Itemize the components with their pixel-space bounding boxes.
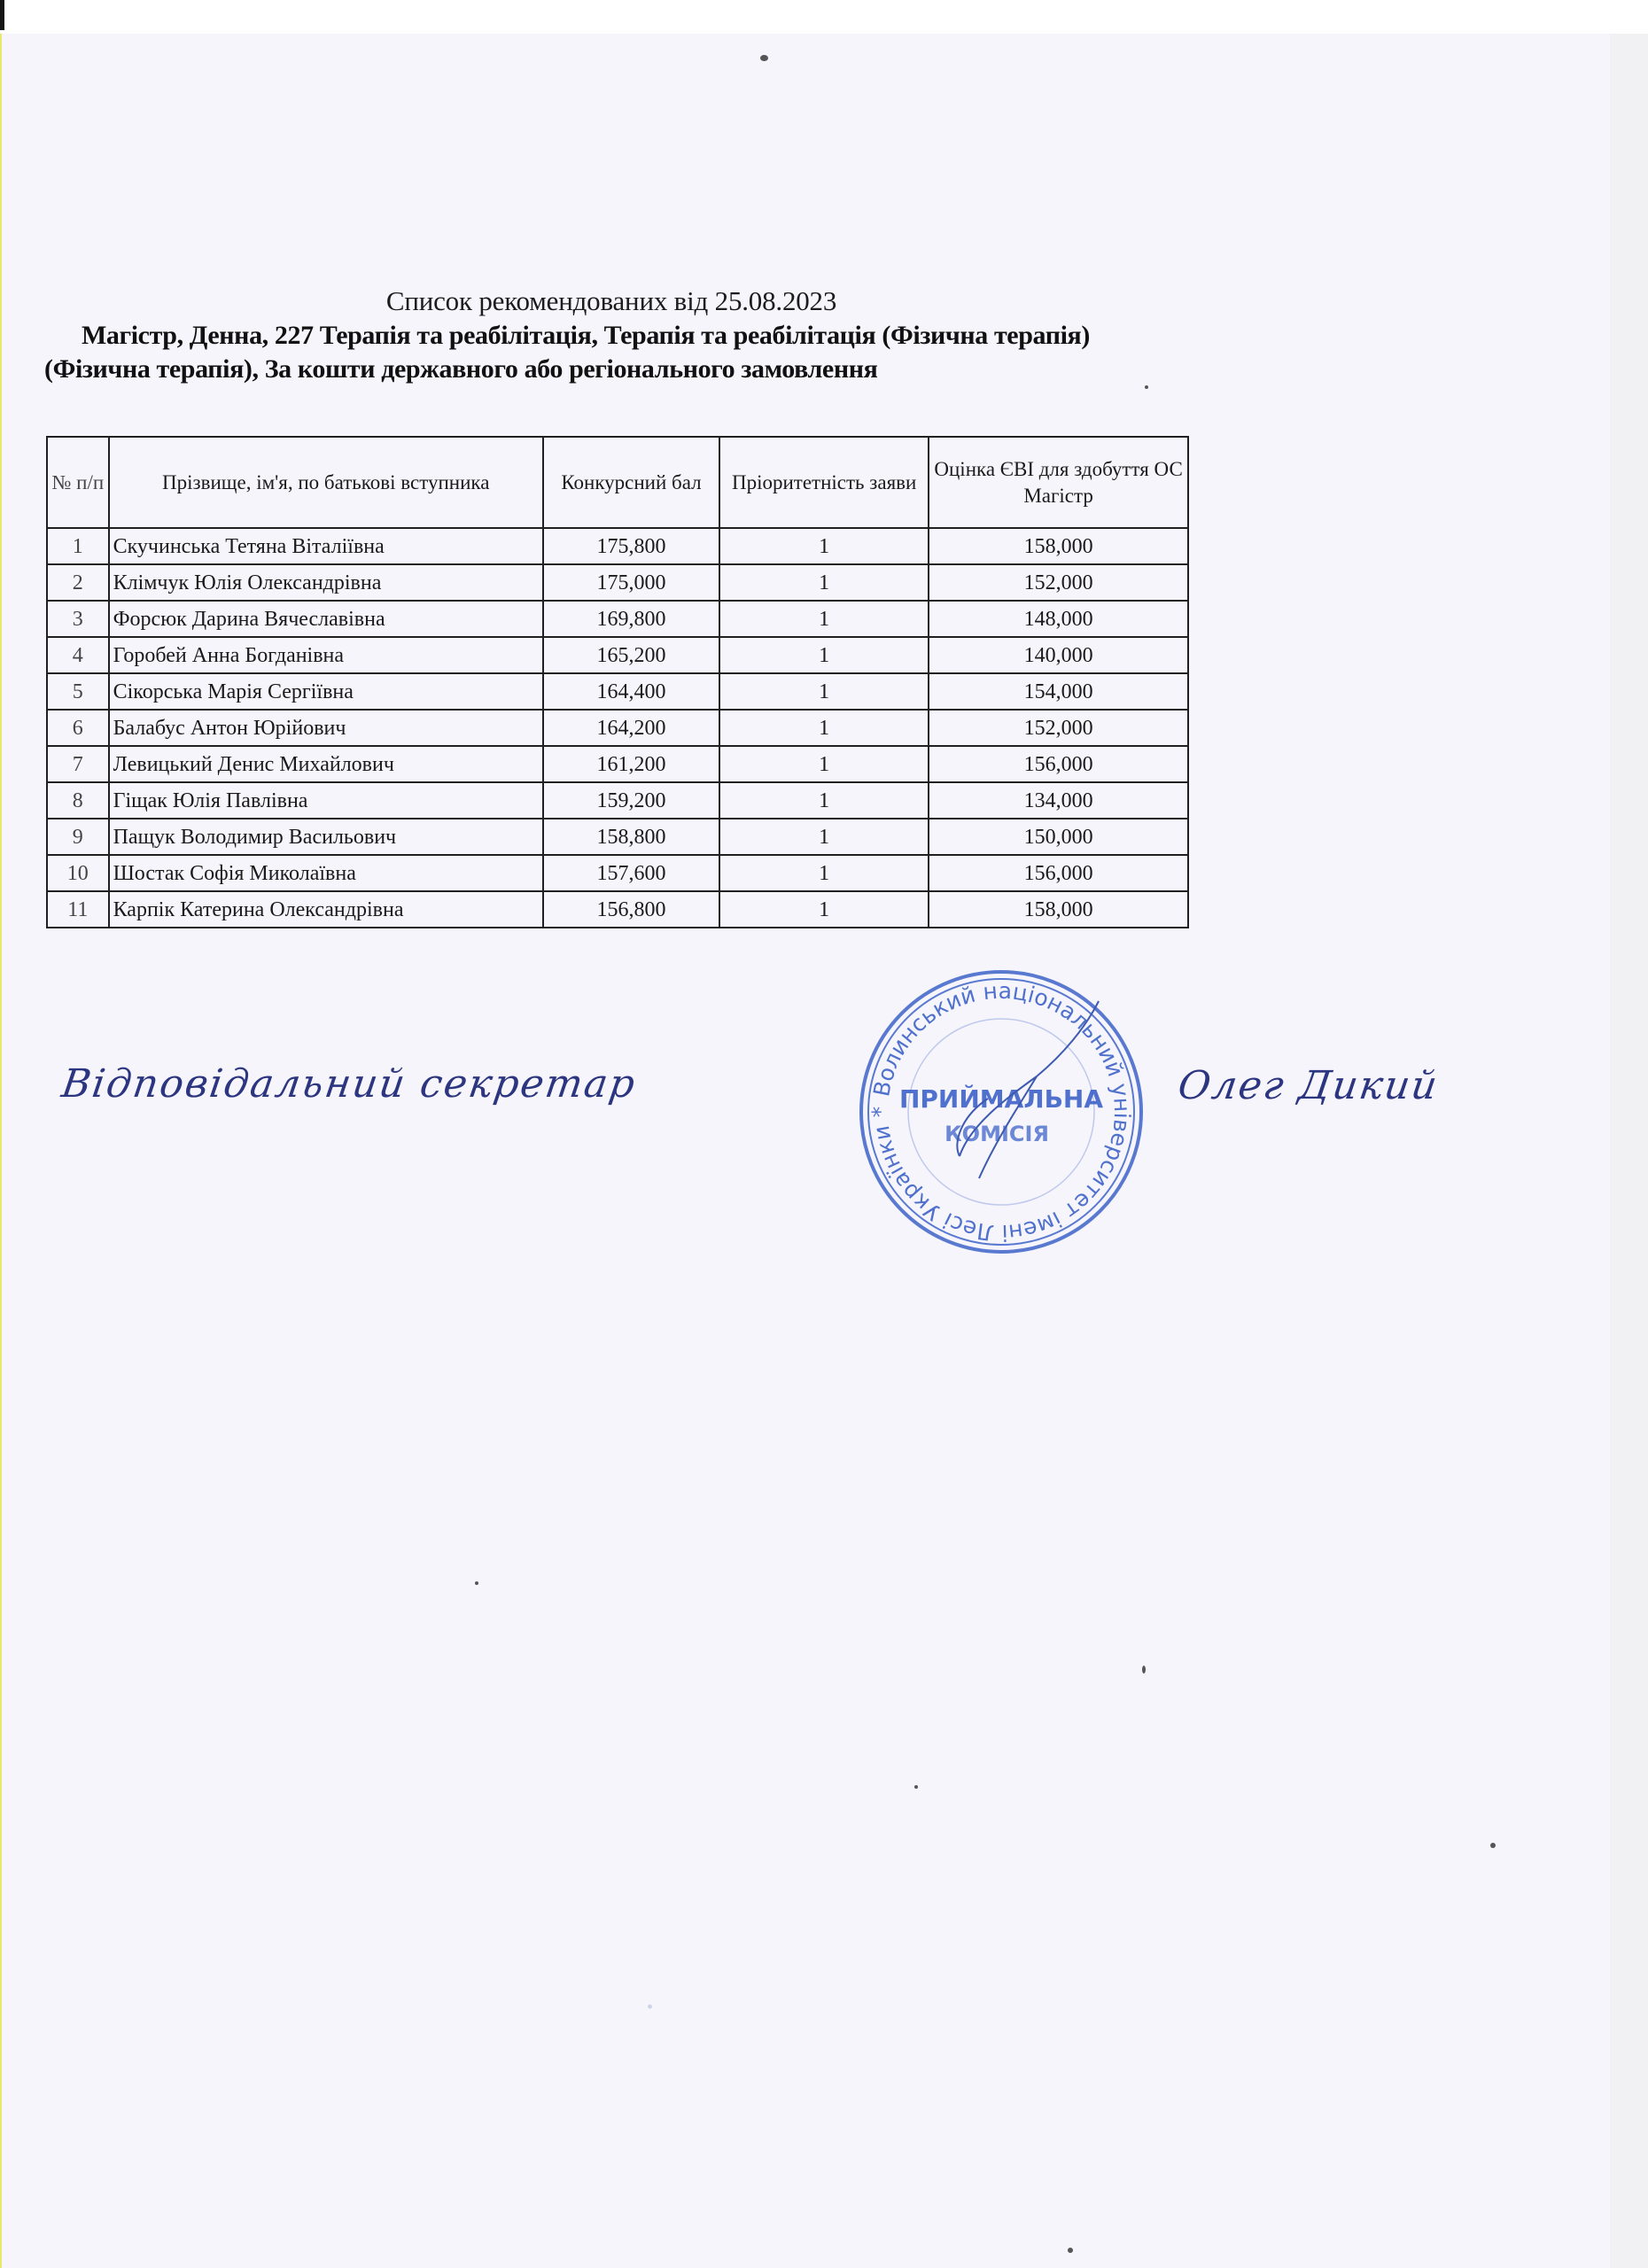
handwritten-name: Олег Дикий: [1175, 1063, 1442, 1108]
row-number: 4: [47, 637, 109, 673]
faint-bleed-through-mark: •: [647, 1998, 653, 2018]
column-header-priority: Пріоритетність заяви: [719, 437, 929, 528]
applicant-name: Балабус Антон Юрійович: [109, 710, 543, 746]
competitive-score: 157,600: [543, 855, 719, 891]
row-number: 9: [47, 819, 109, 855]
admission-committee-stamp: Волинський національний університет імен…: [855, 966, 1147, 1258]
evi-score: 152,000: [929, 710, 1188, 746]
applicant-name: Горобей Анна Богданівна: [109, 637, 543, 673]
competitive-score: 175,800: [543, 528, 719, 564]
evi-score: 150,000: [929, 819, 1188, 855]
application-priority: 1: [719, 891, 929, 928]
row-number: 8: [47, 782, 109, 819]
application-priority: 1: [719, 782, 929, 819]
competitive-score: 164,200: [543, 710, 719, 746]
table-row: 6Балабус Антон Юрійович164,2001152,000: [47, 710, 1188, 746]
evi-score: 156,000: [929, 746, 1188, 782]
application-priority: 1: [719, 637, 929, 673]
scan-edge-artifact: [0, 0, 4, 30]
competitive-score: 161,200: [543, 746, 719, 782]
evi-score: 134,000: [929, 782, 1188, 819]
applicant-name: Левицький Денис Михайлович: [109, 746, 543, 782]
scan-right-margin: [1610, 34, 1648, 2268]
scan-speck: [1142, 1666, 1146, 1674]
competitive-score: 175,000: [543, 564, 719, 601]
competitive-score: 164,400: [543, 673, 719, 710]
table-row: 2Клімчук Юлія Олександрівна175,0001152,0…: [47, 564, 1188, 601]
row-number: 11: [47, 891, 109, 928]
row-number: 2: [47, 564, 109, 601]
applicant-name: Клімчук Юлія Олександрівна: [109, 564, 543, 601]
evi-score: 152,000: [929, 564, 1188, 601]
recommended-applicants-table: № п/п Прізвище, ім'я, по батькові вступн…: [46, 436, 1189, 928]
scan-top-margin: [0, 0, 1648, 34]
competitive-score: 159,200: [543, 782, 719, 819]
table-row: 3Форсюк Дарина Вячеславівна169,8001148,0…: [47, 601, 1188, 637]
table-row: 1Скучинська Тетяна Віталіївна175,8001158…: [47, 528, 1188, 564]
row-number: 5: [47, 673, 109, 710]
table-row: 7Левицький Денис Михайлович161,2001156,0…: [47, 746, 1188, 782]
scan-speck: [475, 1581, 478, 1585]
scan-speck: [1145, 385, 1148, 389]
application-priority: 1: [719, 746, 929, 782]
column-header-score: Конкурсний бал: [543, 437, 719, 528]
competitive-score: 165,200: [543, 637, 719, 673]
applicant-name: Скучинська Тетяна Віталіївна: [109, 528, 543, 564]
table-header-row: № п/п Прізвище, ім'я, по батькові вступн…: [47, 437, 1188, 528]
row-number: 6: [47, 710, 109, 746]
application-priority: 1: [719, 855, 929, 891]
competitive-score: 156,800: [543, 891, 719, 928]
row-number: 7: [47, 746, 109, 782]
column-header-name: Прізвище, ім'я, по батькові вступника: [109, 437, 543, 528]
scan-speck: [914, 1785, 918, 1789]
evi-score: 140,000: [929, 637, 1188, 673]
competitive-score: 158,800: [543, 819, 719, 855]
evi-score: 158,000: [929, 528, 1188, 564]
scan-speck: [760, 55, 768, 61]
program-description: Магістр, Денна, 227 Терапія та реабіліта…: [44, 319, 1143, 386]
applicant-name: Гіщак Юлія Павлівна: [109, 782, 543, 819]
table-row: 10Шостак Софія Миколаївна157,6001156,000: [47, 855, 1188, 891]
scan-speck: [1068, 2248, 1073, 2253]
evi-score: 154,000: [929, 673, 1188, 710]
row-number: 1: [47, 528, 109, 564]
row-number: 10: [47, 855, 109, 891]
table-row: 11Карпік Катерина Олександрівна156,80011…: [47, 891, 1188, 928]
application-priority: 1: [719, 710, 929, 746]
scan-speck: [1490, 1843, 1496, 1848]
evi-score: 148,000: [929, 601, 1188, 637]
application-priority: 1: [719, 673, 929, 710]
evi-score: 156,000: [929, 855, 1188, 891]
application-priority: 1: [719, 601, 929, 637]
table-row: 8Гіщак Юлія Павлівна159,2001134,000: [47, 782, 1188, 819]
applicant-name: Шостак Софія Миколаївна: [109, 855, 543, 891]
applicant-name: Пащук Володимир Васильович: [109, 819, 543, 855]
application-priority: 1: [719, 819, 929, 855]
evi-score: 158,000: [929, 891, 1188, 928]
application-priority: 1: [719, 528, 929, 564]
table-row: 5Сікорська Марія Сергіївна164,4001154,00…: [47, 673, 1188, 710]
competitive-score: 169,800: [543, 601, 719, 637]
column-header-number: № п/п: [47, 437, 109, 528]
applicant-name: Форсюк Дарина Вячеславівна: [109, 601, 543, 637]
document-title: Список рекомендованих від 25.08.2023: [0, 285, 1223, 317]
row-number: 3: [47, 601, 109, 637]
table-row: 9Пащук Володимир Васильович158,8001150,0…: [47, 819, 1188, 855]
applicant-name: Карпік Катерина Олександрівна: [109, 891, 543, 928]
stamp-center-line1: ПРИЙМАЛЬНА: [899, 1084, 1103, 1114]
column-header-evi: Оцінка ЄВІ для здобуття ОС Магістр: [929, 437, 1188, 528]
application-priority: 1: [719, 564, 929, 601]
applicant-name: Сікорська Марія Сергіївна: [109, 673, 543, 710]
handwritten-role: Відповідальний секретар: [58, 1061, 639, 1107]
table-row: 4Горобей Анна Богданівна165,2001140,000: [47, 637, 1188, 673]
